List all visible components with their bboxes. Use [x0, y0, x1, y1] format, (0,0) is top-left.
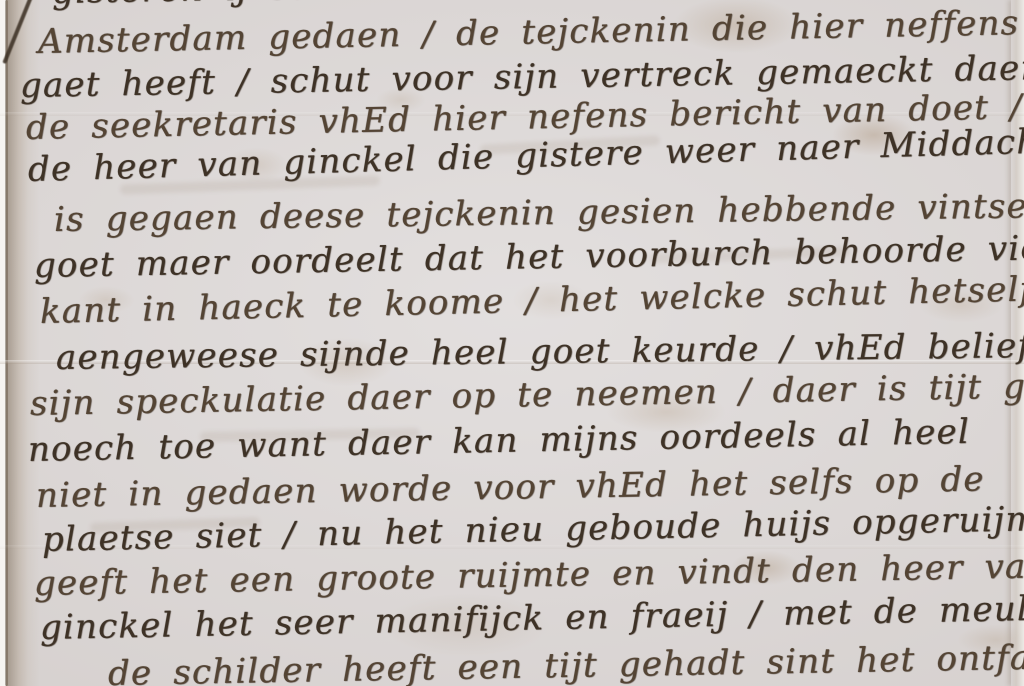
manuscript-scan: gisteren ij se mit aen Amsterdam gedaen … — [0, 0, 1024, 686]
handwritten-text: gisteren ij se mit aen Amsterdam gedaen … — [0, 0, 1024, 686]
manuscript-line-1: gisteren ij se mit aen — [52, 0, 478, 12]
manuscript-line-16: de schilder heeft een tijt gehadt sint h… — [108, 637, 1024, 686]
